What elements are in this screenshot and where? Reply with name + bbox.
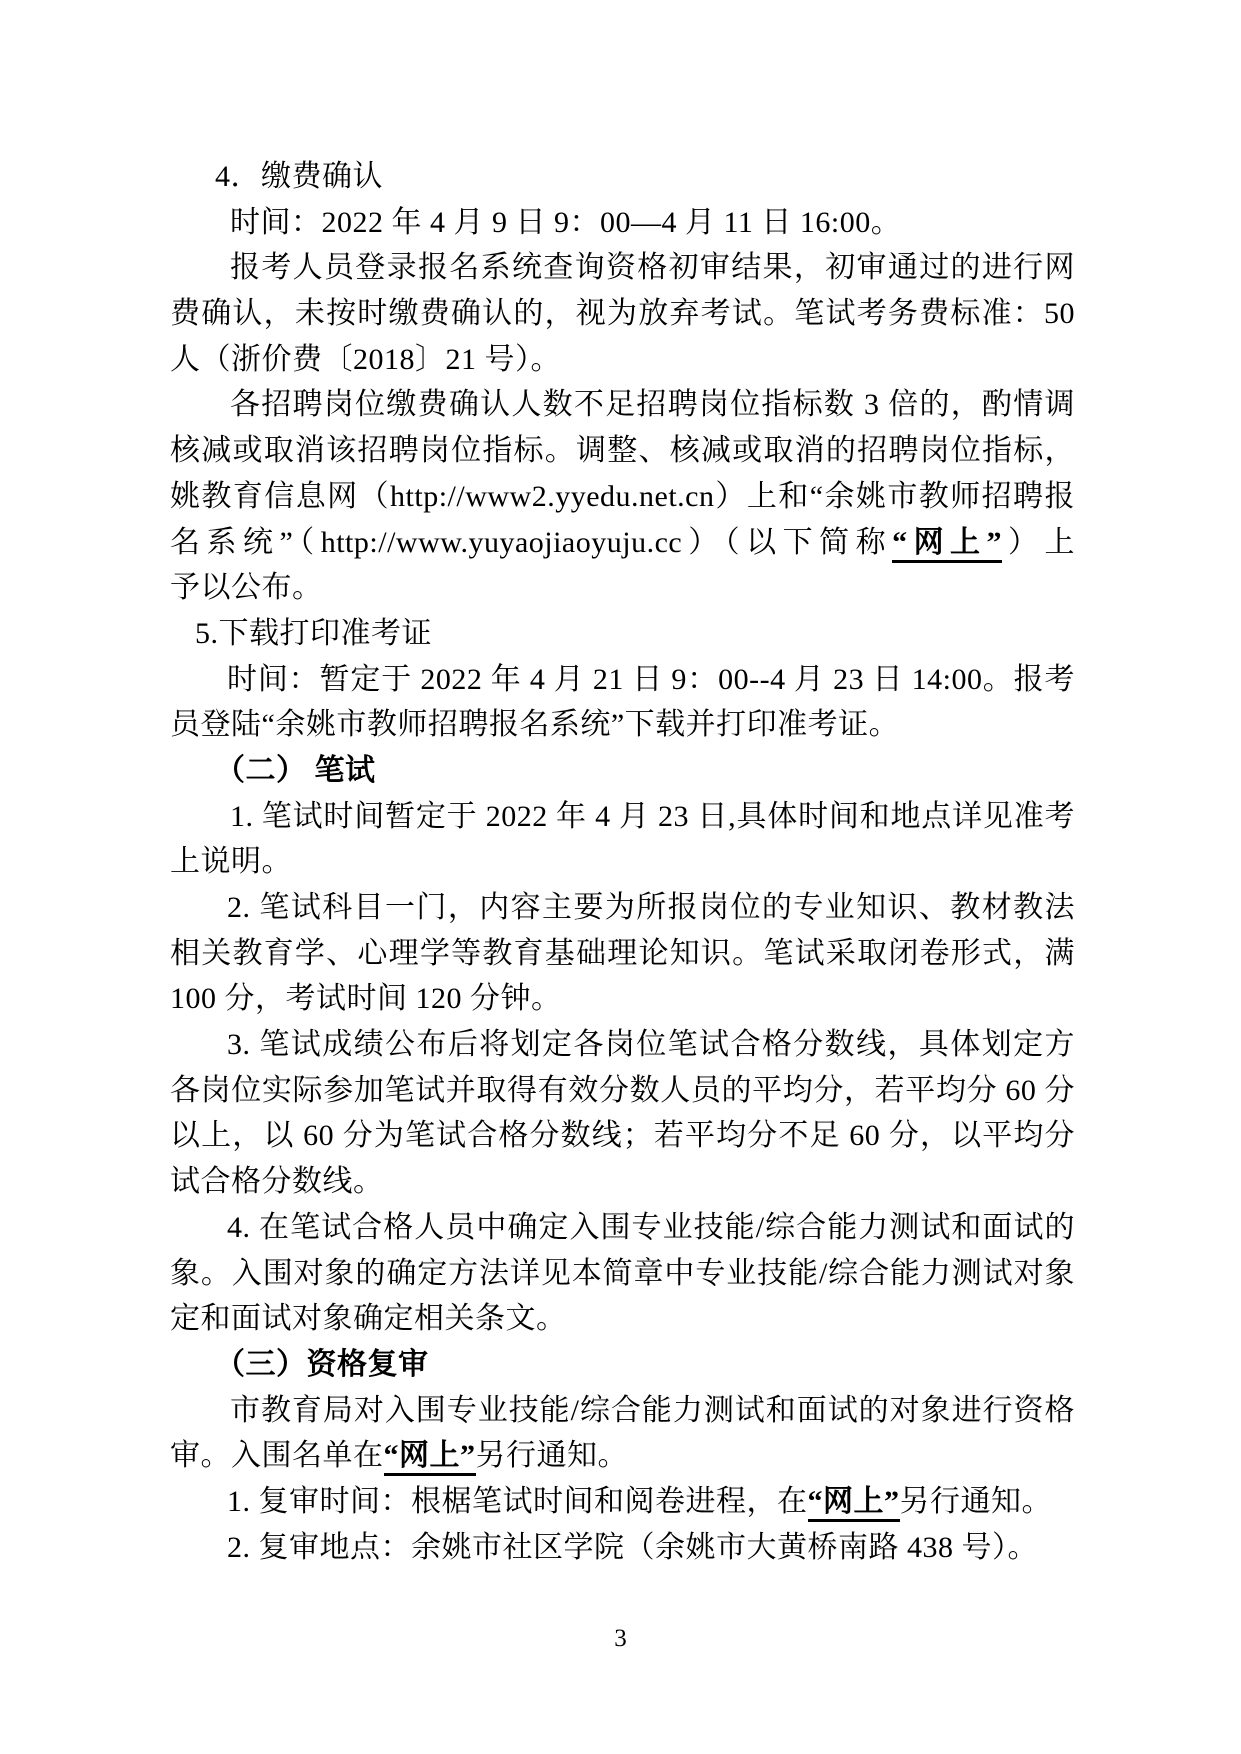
text-segment: 费确认，未按时缴费确认的，视为放弃考试。笔试考务费标准：50 元/ [170, 297, 1075, 337]
text-line: 相关教育学、心理学等教育基础理论知识。笔试采取闭卷形式，满分为 [170, 931, 1075, 977]
text-line: 姚教育信息网（http://www2.yyedu.net.cn）上和“余姚市教师… [170, 474, 1075, 520]
text-line: 定和面试对象确定相关条文。 [170, 1296, 1075, 1342]
text-segment: 4．缴费确认 [215, 160, 383, 193]
text-segment: （三）资格复审 [215, 1348, 429, 1381]
emphasized-term: “网上” [808, 1485, 900, 1522]
text-line: 1. 笔试时间暂定于 2022 年 4 月 23 日,具体时间和地点详见准考证 [170, 794, 1075, 840]
text-segment: 名系统”（http://www.yuyaojiaoyuju.cc）（以下简称 [170, 526, 892, 559]
text-segment: 另行通知。 [476, 1439, 629, 1472]
text-segment: 人（浙价费〔2018〕21 号）。 [170, 343, 561, 376]
text-segment: 相关教育学、心理学等教育基础理论知识。笔试采取闭卷形式，满分为 [170, 937, 1075, 977]
document-page: 4．缴费确认时间：2022 年 4 月 9 日 9：00—4 月 11 日 16… [0, 0, 1241, 1754]
text-segment: 各招聘岗位缴费确认人数不足招聘岗位指标数 3 倍的，酌情调整、 [230, 388, 1075, 428]
section-heading: （三）资格复审 [170, 1342, 1075, 1388]
text-segment: 时间：2022 年 4 月 9 日 9：00—4 月 11 日 16:00。 [230, 206, 901, 239]
emphasized-term: “网上” [384, 1439, 476, 1476]
text-line: 市教育局对入围专业技能/综合能力测试和面试的对象进行资格复 [170, 1388, 1075, 1434]
text-segment: 1. 笔试时间暂定于 2022 年 4 月 23 日,具体时间和地点详见准考证 [230, 800, 1075, 840]
text-line: 2. 复审地点：余姚市社区学院（余姚市大黄桥南路 438 号）。 [170, 1525, 1075, 1571]
text-segment: 各岗位实际参加笔试并取得有效分数人员的平均分，若平均分 60 分及 [170, 1074, 1075, 1114]
emphasized-term: “网上” [892, 526, 1002, 563]
text-segment: 市教育局对入围专业技能/综合能力测试和面试的对象进行资格复 [230, 1394, 1075, 1434]
text-segment: 另行通知。 [900, 1485, 1053, 1518]
text-line: 人（浙价费〔2018〕21 号）。 [170, 337, 1075, 383]
text-segment: 5.下载打印准考证 [195, 617, 432, 650]
text-line: 核减或取消该招聘岗位指标。调整、核减或取消的招聘岗位指标，在余 [170, 428, 1075, 474]
text-line: 4. 在笔试合格人员中确定入围专业技能/综合能力测试和面试的对 [170, 1205, 1075, 1251]
text-segment: 象。入围对象的确定方法详见本简章中专业技能/综合能力测试对象确 [170, 1257, 1075, 1297]
text-line: 4．缴费确认 [170, 154, 1075, 200]
text-segment: 核减或取消该招聘岗位指标。调整、核减或取消的招聘岗位指标，在余 [170, 434, 1075, 474]
text-line: 报考人员登录报名系统查询资格初审结果，初审通过的进行网上缴 [170, 245, 1075, 291]
text-segment: 报考人员登录报名系统查询资格初审结果，初审通过的进行网上缴 [230, 251, 1075, 291]
text-segment: 予以公布。 [170, 571, 323, 604]
section-heading: （二） 笔试 [170, 748, 1075, 794]
text-line: 试合格分数线。 [170, 1159, 1075, 1205]
text-segment: ）上 [1002, 526, 1075, 559]
text-line: 予以公布。 [170, 565, 1075, 611]
text-segment: 2. 笔试科目一门，内容主要为所报岗位的专业知识、教材教法及 [227, 891, 1075, 931]
text-line: 3. 笔试成绩公布后将划定各岗位笔试合格分数线，具体划定方法： [170, 1022, 1075, 1068]
text-line: 时间：2022 年 4 月 9 日 9：00—4 月 11 日 16:00。 [170, 200, 1075, 246]
text-segment: 3. 笔试成绩公布后将划定各岗位笔试合格分数线，具体划定方法： [227, 1028, 1075, 1068]
text-segment: 100 分，考试时间 120 分钟。 [170, 982, 562, 1015]
text-segment: 1. 复审时间：根椐笔试时间和阅卷进程，在 [227, 1485, 808, 1518]
page-number: 3 [0, 1624, 1241, 1654]
text-segment: 以上，以 60 分为笔试合格分数线；若平均分不足 60 分，以平均分为笔 [170, 1119, 1075, 1159]
text-line: 上说明。 [170, 839, 1075, 885]
text-segment: 审。入围名单在 [170, 1439, 384, 1472]
text-line: 员登陆“余姚市教师招聘报名系统”下载并打印准考证。 [170, 702, 1075, 748]
text-line: 以上，以 60 分为笔试合格分数线；若平均分不足 60 分，以平均分为笔 [170, 1113, 1075, 1159]
text-line: 1. 复审时间：根椐笔试时间和阅卷进程，在“网上”另行通知。 [170, 1479, 1075, 1525]
text-line: 各岗位实际参加笔试并取得有效分数人员的平均分，若平均分 60 分及 [170, 1068, 1075, 1114]
text-line: 审。入围名单在“网上”另行通知。 [170, 1433, 1075, 1479]
text-line: 象。入围对象的确定方法详见本简章中专业技能/综合能力测试对象确 [170, 1251, 1075, 1297]
text-line: 2. 笔试科目一门，内容主要为所报岗位的专业知识、教材教法及 [170, 885, 1075, 931]
text-line: 时间：暂定于 2022 年 4 月 21 日 9：00--4 月 23 日 14… [170, 657, 1075, 703]
text-segment: 上说明。 [170, 845, 292, 878]
text-segment: 2. 复审地点：余姚市社区学院（余姚市大黄桥南路 438 号）。 [227, 1531, 1038, 1564]
text-segment: 定和面试对象确定相关条文。 [170, 1302, 567, 1335]
text-line: 100 分，考试时间 120 分钟。 [170, 976, 1075, 1022]
text-segment: （二） 笔试 [215, 754, 376, 787]
text-segment: 姚教育信息网（http://www2.yyedu.net.cn）上和“余姚市教师… [170, 480, 1075, 513]
text-segment: 时间：暂定于 2022 年 4 月 21 日 9：00--4 月 23 日 14… [227, 663, 1075, 703]
text-segment: 4. 在笔试合格人员中确定入围专业技能/综合能力测试和面试的对 [227, 1211, 1075, 1251]
document-body: 4．缴费确认时间：2022 年 4 月 9 日 9：00—4 月 11 日 16… [170, 154, 1075, 1570]
text-line: 5.下载打印准考证 [170, 611, 1075, 657]
text-line: 名系统”（http://www.yuyaojiaoyuju.cc）（以下简称“网… [170, 520, 1075, 566]
text-segment: 员登陆“余姚市教师招聘报名系统”下载并打印准考证。 [170, 708, 899, 741]
text-line: 各招聘岗位缴费确认人数不足招聘岗位指标数 3 倍的，酌情调整、 [170, 382, 1075, 428]
text-line: 费确认，未按时缴费确认的，视为放弃考试。笔试考务费标准：50 元/ [170, 291, 1075, 337]
text-segment: 试合格分数线。 [170, 1165, 384, 1198]
